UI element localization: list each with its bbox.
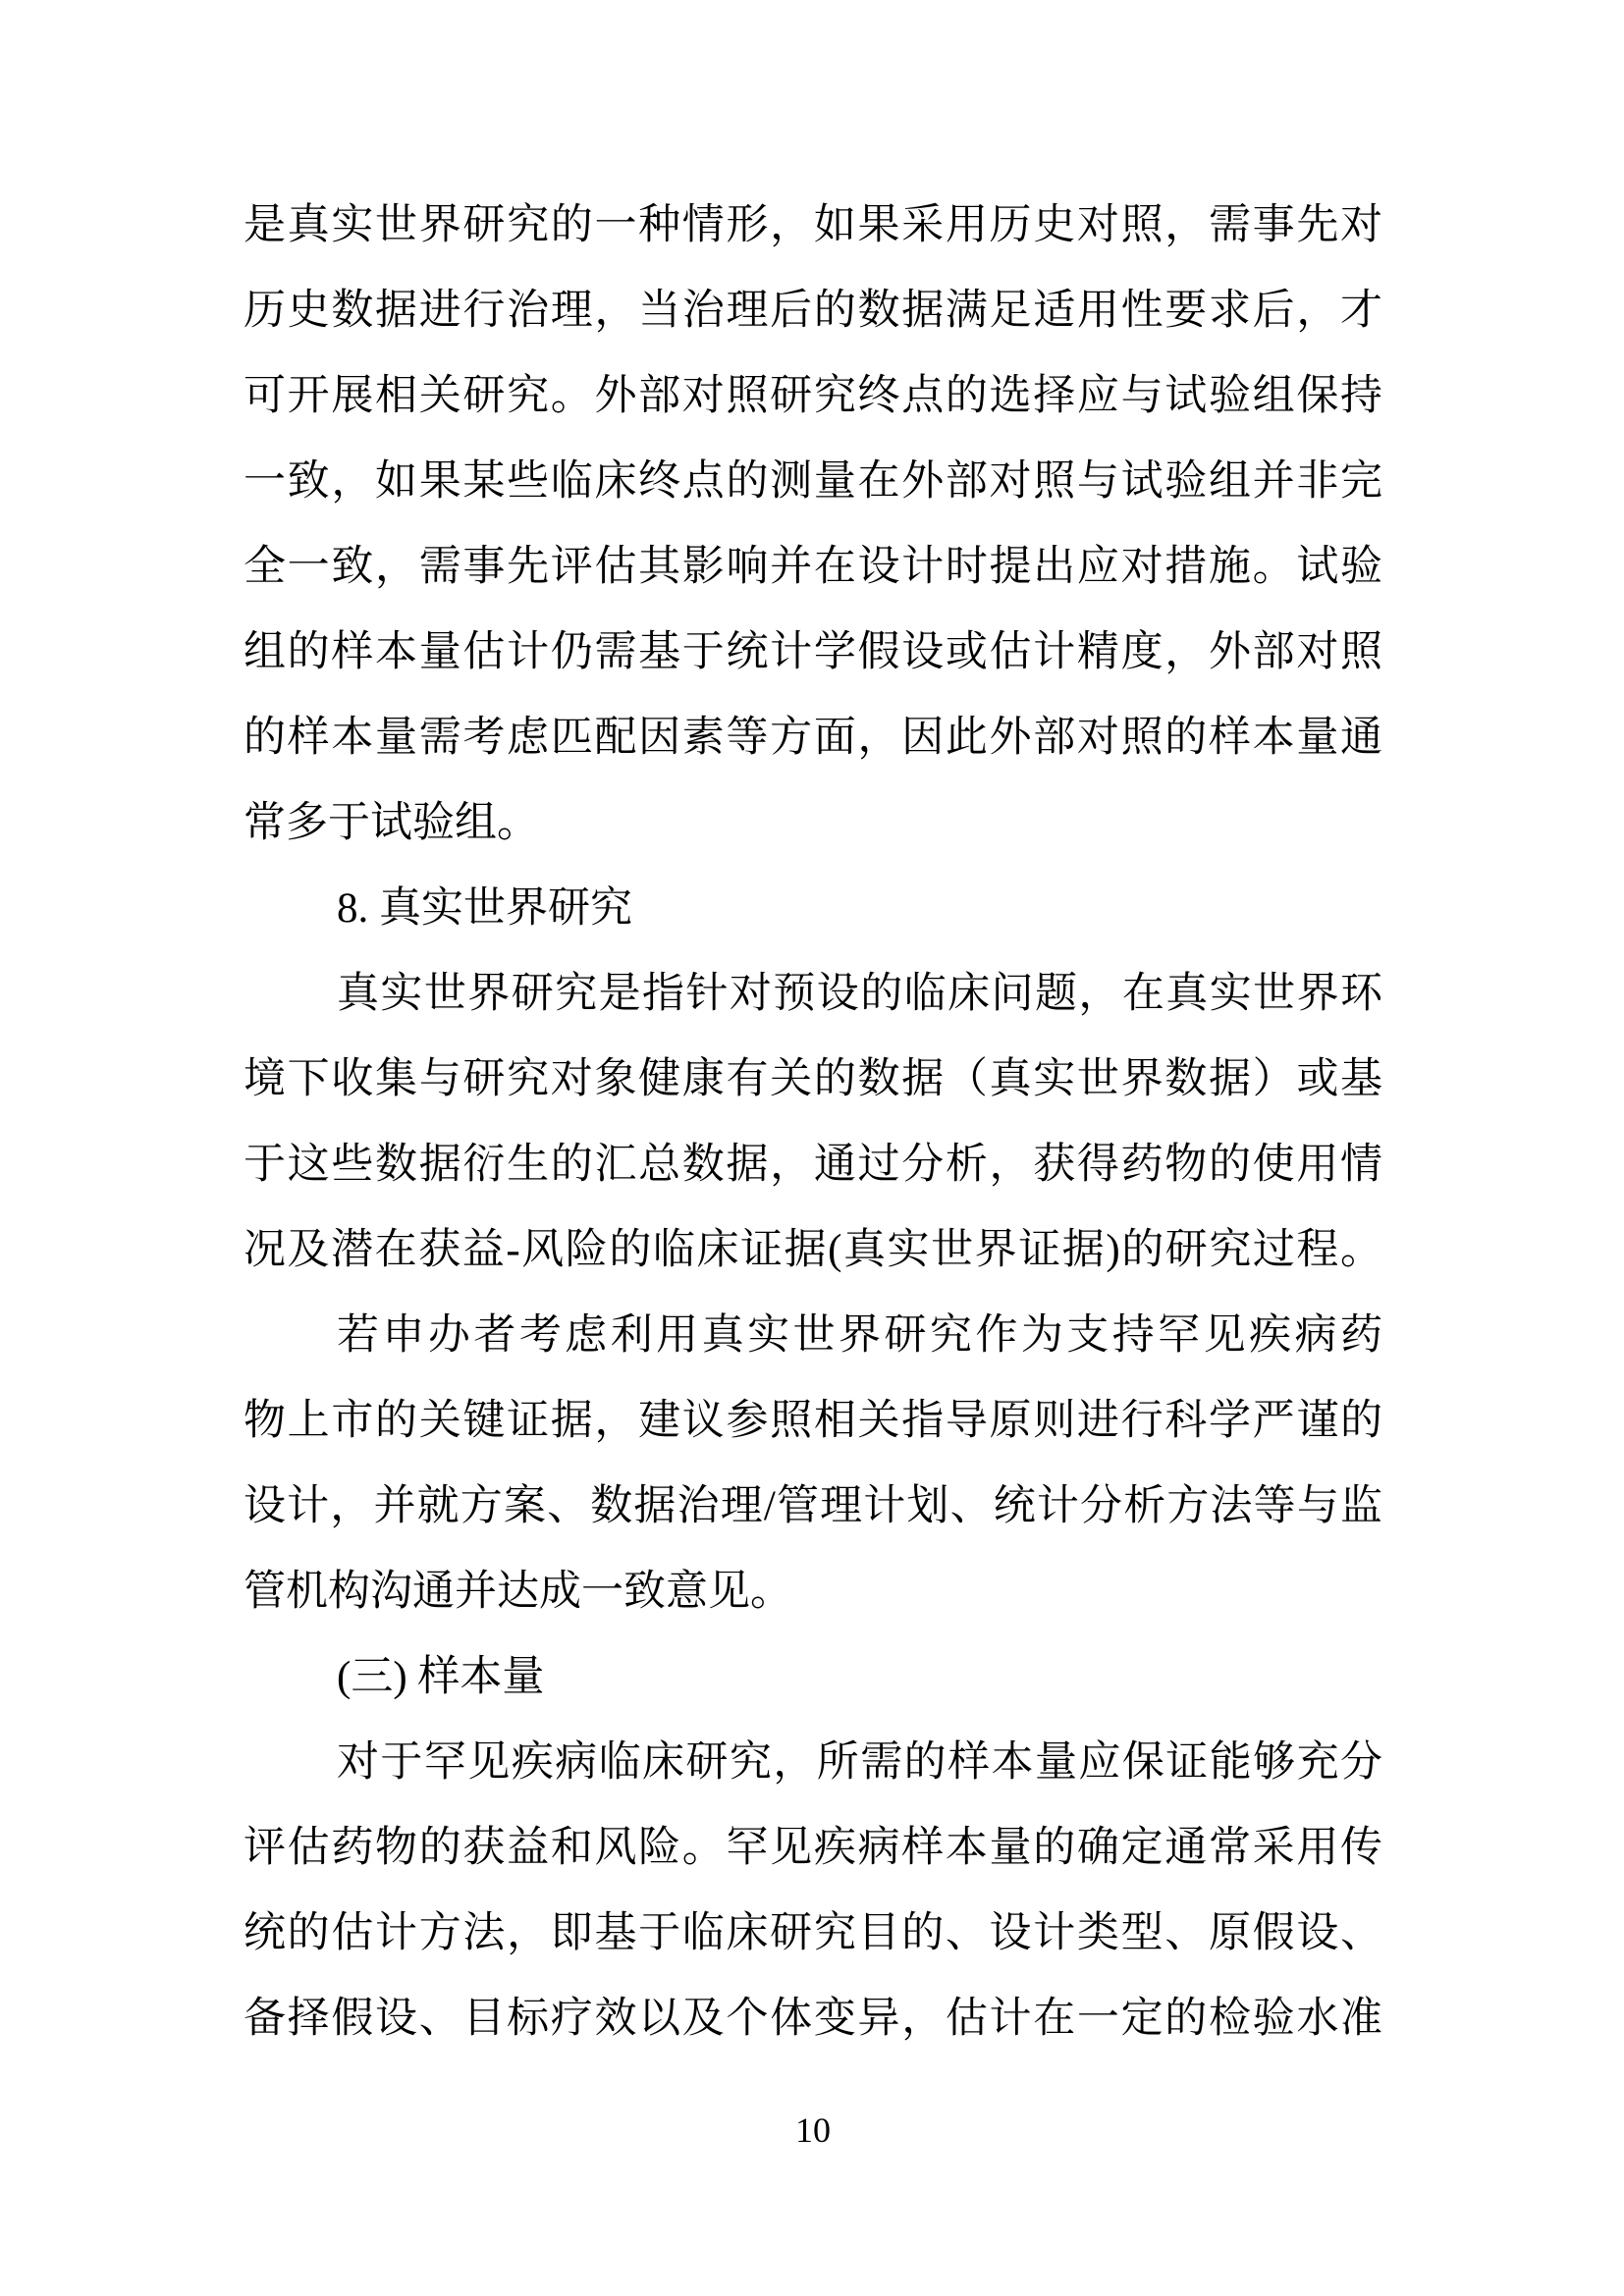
text-line: 的样本量需考虑匹配因素等方面，因此外部对照的样本量通 <box>244 695 1382 780</box>
text-line: 备择假设、目标疗效以及个体变异，估计在一定的检验水准 <box>244 1976 1382 2061</box>
text-line: 统的估计方法，即基于临床研究目的、设计类型、原假设、 <box>244 1891 1382 1976</box>
document-body: 是真实世界研究的一种情形，如果采用历史对照，需事先对 历史数据进行治理，当治理后… <box>244 183 1382 2061</box>
page-number: 10 <box>244 2101 1382 2160</box>
text-line: 对于罕见疾病临床研究，所需的样本量应保证能够充分 <box>244 1720 1382 1805</box>
text-line: 一致，如果某些临床终点的测量在外部对照与试验组并非完 <box>244 439 1382 524</box>
text-line: 况及潜在获益-风险的临床证据(真实世界证据)的研究过程。 <box>244 1207 1382 1293</box>
text-line: 于这些数据衍生的汇总数据，通过分析，获得药物的使用情 <box>244 1122 1382 1207</box>
text-line: 全一致，需事先评估其影响并在设计时提出应对措施。试验 <box>244 524 1382 610</box>
text-line: 管机构沟通并达成一致意见。 <box>244 1549 1382 1634</box>
text-line: 若申办者考虑利用真实世界研究作为支持罕见疾病药 <box>244 1293 1382 1378</box>
text-line: 是真实世界研究的一种情形，如果采用历史对照，需事先对 <box>244 183 1382 268</box>
text-line: 可开展相关研究。外部对照研究终点的选择应与试验组保持 <box>244 353 1382 439</box>
section-heading-real-world-study: 8. 真实世界研究 <box>244 866 1382 951</box>
text-line: 组的样本量估计仍需基于统计学假设或估计精度，外部对照 <box>244 610 1382 695</box>
text-line: 真实世界研究是指针对预设的临床问题，在真实世界环 <box>244 951 1382 1037</box>
document-page: 是真实世界研究的一种情形，如果采用历史对照，需事先对 历史数据进行治理，当治理后… <box>0 0 1624 2296</box>
text-line: 境下收集与研究对象健康有关的数据（真实世界数据）或基 <box>244 1037 1382 1122</box>
text-line: 评估药物的获益和风险。罕见疾病样本量的确定通常采用传 <box>244 1805 1382 1891</box>
text-line: 历史数据进行治理，当治理后的数据满足适用性要求后，才 <box>244 268 1382 353</box>
text-line: 设计，并就方案、数据治理/管理计划、统计分析方法等与监 <box>244 1464 1382 1549</box>
section-heading-sample-size: (三) 样本量 <box>244 1634 1382 1720</box>
text-line: 物上市的关键证据，建议参照相关指导原则进行科学严谨的 <box>244 1378 1382 1464</box>
text-line: 常多于试验组。 <box>244 780 1382 866</box>
